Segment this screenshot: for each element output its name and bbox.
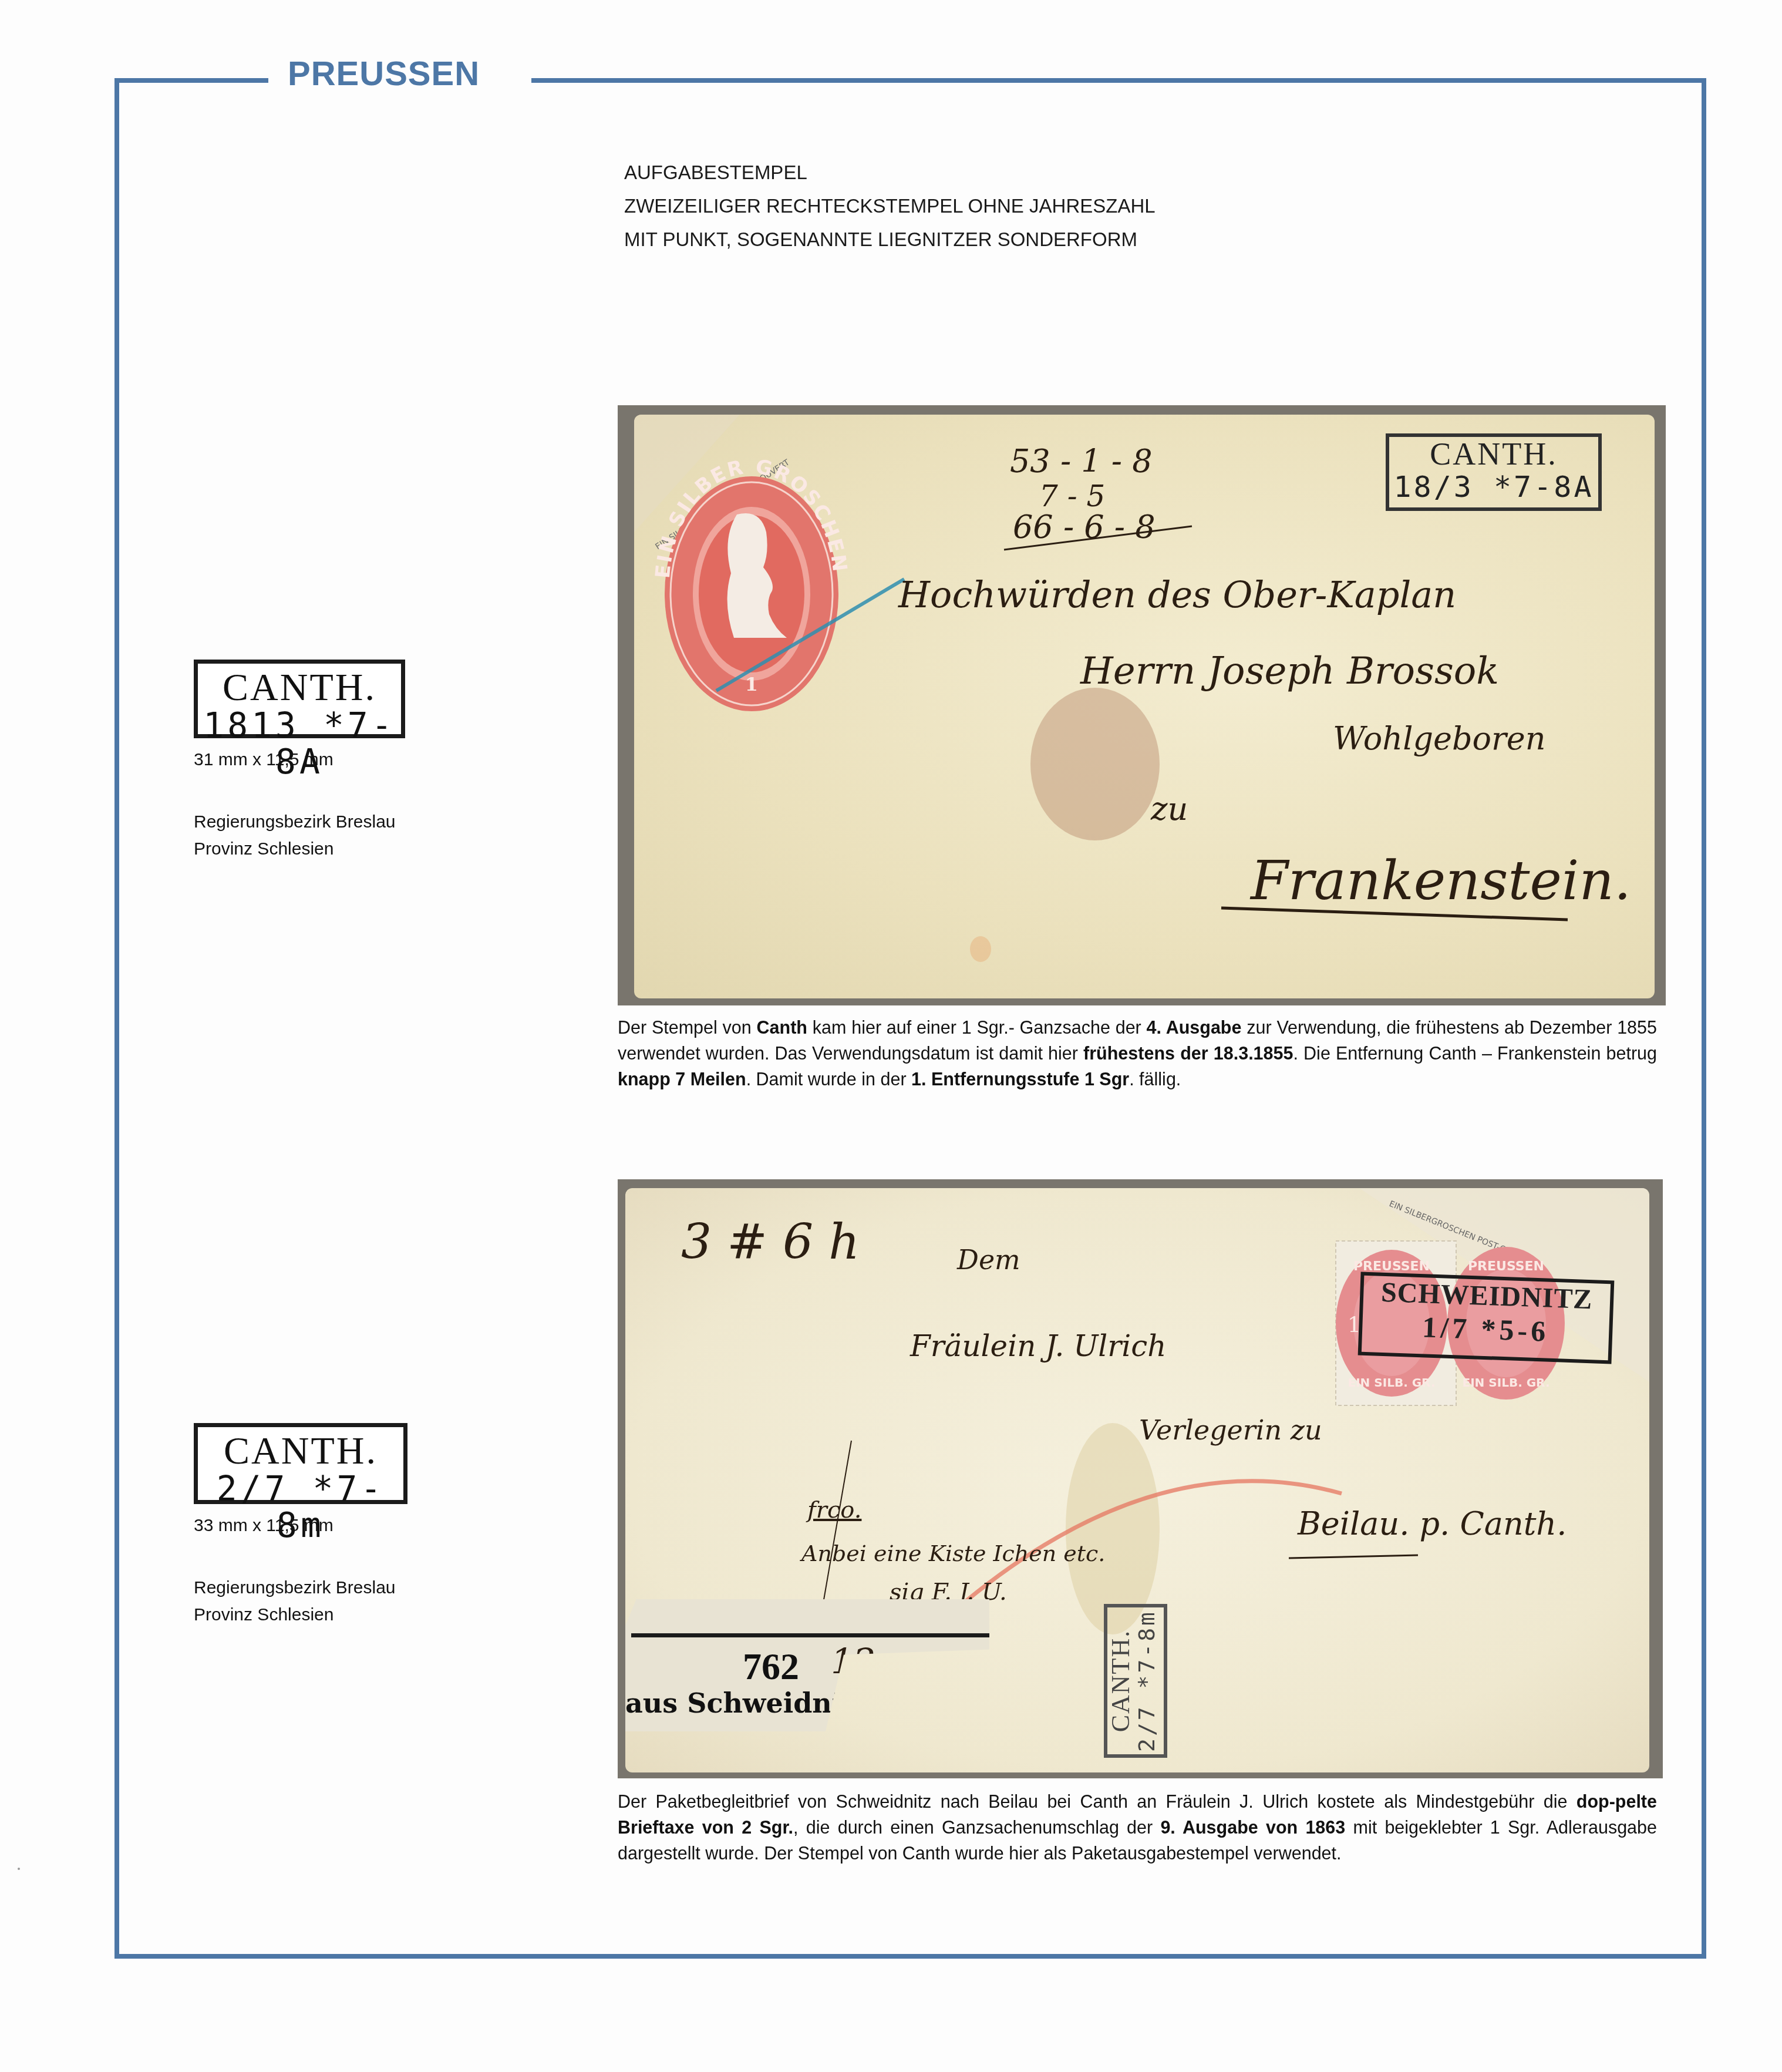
address-line: Fräulein J. Ulrich — [910, 1329, 1166, 1363]
section-heading: AUFGABESTEMPEL ZWEIZEILIGER RECHTECKSTEM… — [624, 156, 1156, 256]
stain — [1030, 688, 1160, 840]
svg-text:EIN SILB. GR.: EIN SILB. GR. — [1463, 1375, 1550, 1390]
canth-receiving-mark: CANTH. 2/7 *7-8m — [1104, 1604, 1167, 1758]
caption-text: , die durch einen Ganzsachenumschlag der — [793, 1818, 1160, 1838]
stain — [1066, 1423, 1160, 1634]
caption-emphasis: knapp 7 Meilen — [618, 1069, 746, 1089]
manuscript-note: 66 - 6 - 8 — [1013, 509, 1156, 546]
address-line: zu — [1151, 791, 1188, 828]
frame-top-right — [531, 78, 1705, 83]
stamp-province: Provinz Schlesien — [194, 836, 405, 863]
caption-text: kam hier auf einer 1 Sgr.- Ganzsache der — [807, 1018, 1147, 1038]
frame-top-left — [114, 78, 268, 83]
svg-text:PREUSSEN: PREUSSEN — [1468, 1259, 1544, 1274]
address-line: Wohlgeboren — [1333, 720, 1546, 757]
franco-note: frco. — [807, 1496, 861, 1523]
canth-postmark: CANTH. 18/3 *7-8A — [1386, 433, 1602, 511]
stamp-district: Regierungsbezirk Breslau — [194, 1575, 407, 1602]
heading-line: AUFGABESTEMPEL — [624, 156, 1156, 189]
cover-2-caption: Der Paketbegleitbrief von Schweidnitz na… — [618, 1789, 1657, 1866]
caption-emphasis: Canth — [757, 1018, 807, 1038]
caption-emphasis: 9. Ausgabe von 1863 — [1160, 1818, 1345, 1838]
frame-bottom — [114, 1954, 1706, 1959]
stamp-reference: CANTH. 2/7 *7-8m 33 mm x 11,5 mm Regieru… — [194, 1423, 407, 1629]
label-number: 762 — [743, 1645, 799, 1688]
caption-text: . fällig. — [1129, 1069, 1181, 1089]
caption-text: Der Stempel von — [618, 1018, 757, 1038]
stamp-size: 31 mm x 11,5 mm — [194, 746, 405, 773]
page-title: PREUSSEN — [288, 54, 480, 93]
address-line: Dem — [957, 1244, 1020, 1276]
cover-image[interactable]: EIN SILBERGROSCHEN POST-COUVERT PREUSSEN… — [625, 1188, 1649, 1772]
svg-text:EIN SILB. GR.: EIN SILB. GR. — [1348, 1375, 1436, 1390]
heading-line: MIT PUNKT, SOGENANNTE LIEGNITZER SONDERF… — [624, 223, 1156, 256]
indicium-stamp: 1 EIN SILBER GROSCHEN — [651, 455, 852, 711]
cover-image[interactable]: EIN SILBERGROSCHEN POST-COUVERT 1 EIN SI… — [634, 415, 1655, 998]
frame-left — [114, 78, 119, 1957]
stamp-size: 33 mm x 11,5 mm — [194, 1512, 407, 1539]
scan-speck — [18, 1868, 20, 1870]
caption-text: Der Paketbegleitbrief von Schweidnitz na… — [618, 1792, 1576, 1812]
content-note: Anbei eine Kiste Ichen etc. — [801, 1540, 1105, 1566]
address-line: Herrn Joseph Brossok — [1080, 650, 1499, 693]
heading-line: ZWEIZEILIGER RECHTECKSTEMPEL OHNE JAHRES… — [624, 189, 1156, 223]
stamp-district: Regierungsbezirk Breslau — [194, 809, 405, 836]
underline — [1289, 1555, 1418, 1558]
stamp-province: Provinz Schlesien — [194, 1602, 407, 1629]
caption-text: . Damit wurde in der — [746, 1069, 911, 1089]
cover-1-caption: Der Stempel von Canth kam hier auf einer… — [618, 1015, 1657, 1092]
destination: Frankenstein. — [1251, 849, 1631, 912]
stamp-impression: CANTH. 2/7 *7-8m — [194, 1423, 407, 1504]
stamp-impression: CANTH. 1813 *7-8A — [194, 660, 405, 738]
caption-emphasis: frühestens der 18.3.1855 — [1083, 1044, 1293, 1064]
postage-due-note: 3 # 6 h — [681, 1215, 860, 1270]
address-line: Hochwürden des Ober-Kaplan — [898, 573, 1456, 616]
destination: Beilau. p. Canth. — [1298, 1505, 1567, 1542]
schweidnitz-postmark: SCHWEIDNITZ 1/7 *5-6 — [1358, 1272, 1615, 1364]
caption-text: . Die Entfernung Canth – Frankenstein be… — [1293, 1044, 1657, 1064]
indicium-value: 1 — [745, 673, 758, 695]
caption-emphasis: 1. Entfernungsstufe 1 Sgr — [911, 1069, 1129, 1089]
address-line: Verlegerin zu — [1139, 1414, 1322, 1446]
manuscript-note: 53 - 1 - 8 — [1010, 443, 1153, 480]
frame-right — [1702, 78, 1706, 1957]
caption-emphasis: 4. Ausgabe — [1147, 1018, 1242, 1038]
stamp-reference: CANTH. 1813 *7-8A 31 mm x 11,5 mm Regier… — [194, 660, 405, 863]
